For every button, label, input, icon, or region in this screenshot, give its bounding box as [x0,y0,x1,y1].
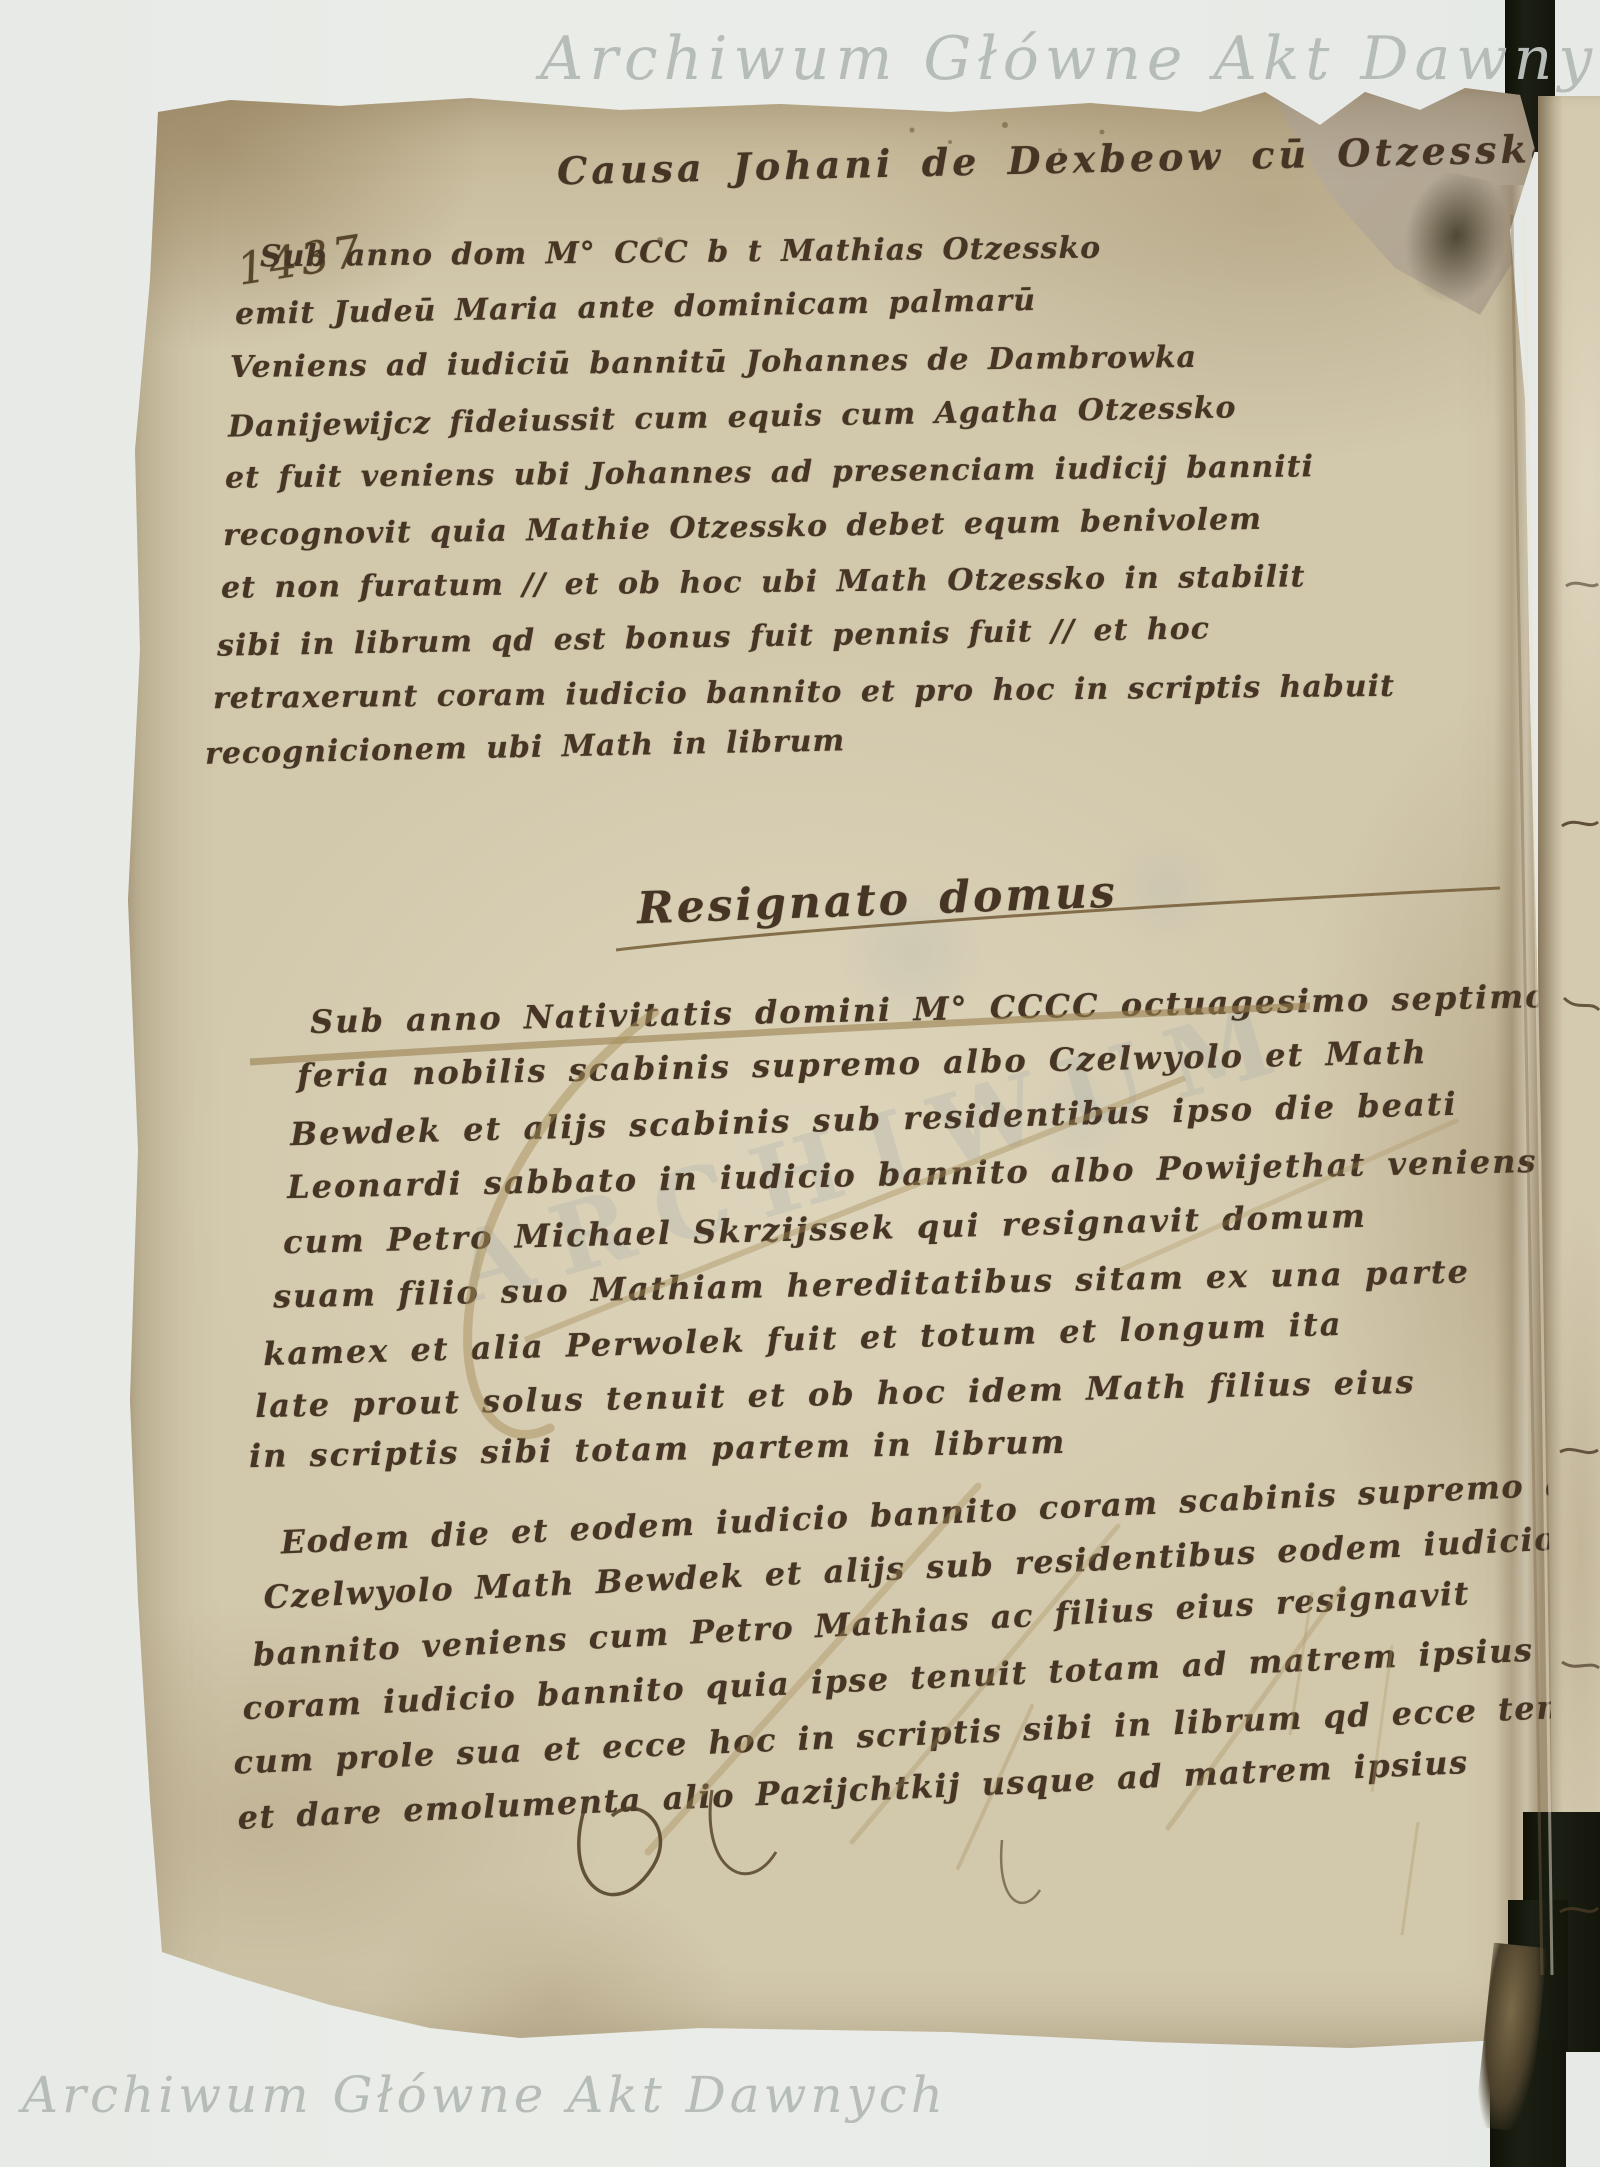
manuscript-line: et fuit veniens ubi Johannes ad presenci… [225,449,1314,495]
manuscript-page: ARCHIWUM 1437 Causa Johani de Dexbeow cū… [125,85,1555,2060]
manuscript-line: retraxerunt coram iudicio bannito et pro… [213,669,1395,716]
manuscript-line: Sub anno dom M° CCC b t Mathias Otzessko [260,231,1102,275]
archive-watermark-bottom: Archiwum Główne Akt Dawnych [22,2066,947,2124]
manuscript-line: recognicionem ubi Math in librum [205,723,846,771]
manuscript-line: Veniens ad iudiciū bannitū Johannes de D… [230,340,1197,385]
manuscript-line: late prout solus tenuit et ob hoc idem M… [255,1363,1416,1425]
manuscript-line: sibi in librum qd est bonus fuit pennis … [217,611,1210,663]
scanned-document-image: ARCHIWUM 1437 Causa Johani de Dexbeow cū… [0,0,1600,2167]
manuscript-line: emit Judeū Maria ante dominicam palmarū [235,283,1037,332]
manuscript-line: kamex et alia Perwolek fuit et totum et … [263,1305,1343,1373]
manuscript-line: recognovit quia Mathie Otzessko debet eq… [223,502,1262,553]
archive-watermark-top: Archiwum Główne Akt Dawnych [540,24,1600,94]
manuscript-line: in scriptis sibi totam partem in librum [249,1423,1067,1475]
entry1-title: Causa Johani de Dexbeow cū Otzesska [557,126,1560,194]
manuscript-line: et non furatum // et ob hoc ubi Math Otz… [221,559,1306,605]
manuscript-line: Danijewijcz fideiussit cum equis cum Aga… [228,390,1237,444]
